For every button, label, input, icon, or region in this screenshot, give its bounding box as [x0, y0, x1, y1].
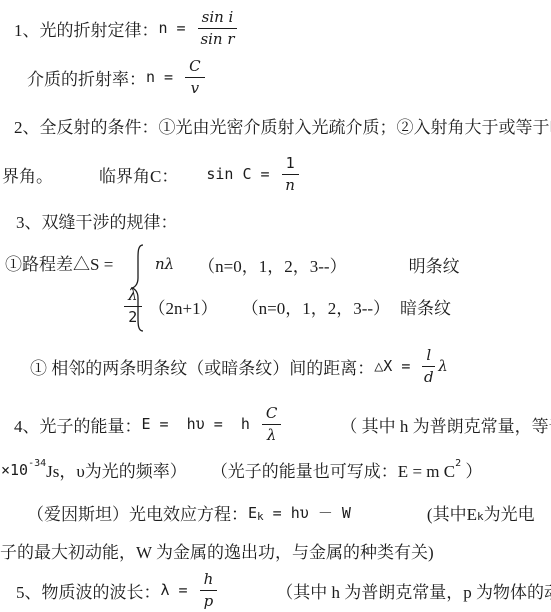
bright-fringe-row: nλ （n=0，1，2，3--） 明条纹: [155, 252, 460, 276]
refractive-index-text: 介质的折射率：: [27, 65, 146, 90]
photoelectric-eq: = hυ － W: [264, 502, 351, 523]
fraction-denominator: λ: [267, 425, 277, 444]
refractive-index-eq: n =: [146, 68, 182, 86]
mass-energy-note: （光子的能量也可写成：E = m C: [211, 457, 455, 482]
path-difference-text: ①路程差△S =: [5, 250, 113, 275]
matter-wave-text: 5、物质波的波长：: [16, 578, 161, 603]
critical-angle-text-b: 临界角C：: [99, 162, 178, 187]
critical-angle-line: 界角。 临界角C： sin C = 1n: [2, 152, 302, 196]
fraction-numerator: h: [200, 571, 218, 591]
fraction-denominator: sin r: [200, 29, 234, 48]
dark-fringe-cond: （n=0，1，2，3--）: [242, 294, 390, 319]
fraction-denominator: d: [424, 367, 434, 386]
interference-title: 3、双缝干涉的规律：: [16, 208, 178, 233]
fraction-denominator: n: [285, 175, 295, 194]
photon-energy-eq: E = hυ = h: [142, 415, 259, 433]
refraction-law-text: 1、光的折射定律：: [14, 16, 159, 41]
fraction-c-lambda: Cλ: [262, 405, 281, 443]
matter-wave-line: 5、物质波的波长：λ = hp （其中 h 为普朗克常量，p 为物体的动量）: [16, 568, 551, 612]
squared-exponent: 2: [455, 458, 461, 469]
fraction-l-d: ld: [422, 347, 435, 385]
fringe-spacing-eq: △X =: [374, 357, 419, 375]
photoelectric-text: （爱因斯坦）光电效应方程：: [27, 500, 248, 525]
fringe-spacing-text: ① 相邻的两条明条纹（或暗条纹）间的距离：: [30, 354, 374, 379]
dark-fringe-label: 暗条纹: [400, 294, 451, 319]
ek-note-subscript: k: [477, 510, 484, 523]
frequency-note: Js，υ为光的频率）: [46, 457, 187, 482]
fraction-numerator: C: [262, 405, 281, 425]
fraction-denominator: v: [191, 78, 199, 97]
exponent: -34: [28, 458, 46, 469]
ek-note-post: 为光电: [484, 500, 535, 525]
refraction-law-line: 1、光的折射定律：n = sin isin r: [14, 6, 240, 50]
fraction-numerator: C: [185, 58, 204, 78]
fraction-sini-sinr: sin isin r: [198, 9, 238, 47]
planck-value-line: ×10-34Js，υ为光的频率） （光子的能量也可写成：E = m C2 ）: [1, 457, 482, 482]
fraction-c-v: Cv: [185, 58, 204, 96]
physics-formula-sheet: 1、光的折射定律：n = sin isin r 介质的折射率：n = Cv 2、…: [0, 0, 551, 612]
total-reflection-line: 2、全反射的条件：①光由光密介质射入光疏介质；②入射角大于或等于临: [14, 113, 551, 138]
fraction-1-n: 1n: [282, 155, 299, 193]
fraction-numerator: l: [422, 347, 435, 367]
ek-symbol: E: [248, 504, 257, 522]
fringe-spacing-line: ① 相邻的两条明条纹（或暗条纹）间的距离：△X = ldλ: [30, 344, 448, 388]
fraction-h-p: hp: [200, 571, 218, 609]
refraction-law-eq: n =: [159, 19, 195, 37]
fraction-denominator: 2: [128, 307, 137, 326]
total-reflection-text: 2、全反射的条件：①光由光密介质射入光疏介质；②入射角大于或等于临: [14, 113, 551, 138]
work-function-line: 子的最大初动能，W 为金属的逸出功，与金属的种类有关): [0, 538, 434, 563]
fraction-numerator: λ: [124, 287, 142, 307]
photon-energy-line: 4、光子的能量：E = hυ = h Cλ （ 其中 h 为普朗克常量，等于 6…: [14, 402, 551, 446]
fraction-numerator: 1: [282, 155, 299, 175]
bright-fringe-expr: nλ: [155, 255, 174, 273]
ek-subscript: k: [257, 510, 264, 523]
dark-fringe-row: λ2 （2n+1） （n=0，1，2，3--） 暗条纹: [121, 285, 451, 327]
mass-energy-close: ）: [461, 457, 482, 482]
dark-fringe-expr: （2n+1）: [149, 294, 218, 319]
path-difference-lhs: ①路程差△S =: [5, 250, 113, 275]
critical-angle-text-a: 界角。: [2, 162, 53, 187]
planck-note: （ 其中 h 为普朗克常量，等于 6.63: [340, 412, 551, 437]
matter-wave-eq: λ =: [161, 581, 197, 599]
power-of-ten: ×10: [1, 461, 28, 479]
fraction-lambda-2: λ2: [124, 287, 142, 325]
refractive-index-line: 介质的折射率：n = Cv: [27, 55, 208, 99]
fraction-numerator: sin i: [198, 9, 238, 29]
bright-fringe-cond: （n=0，1，2，3--）: [198, 252, 346, 277]
matter-wave-note: （其中 h 为普朗克常量，p 为物体的动量）: [276, 578, 551, 603]
interference-title-text: 3、双缝干涉的规律：: [16, 208, 178, 233]
fringe-spacing-lambda: λ: [438, 357, 448, 375]
photoelectric-line: （爱因斯坦）光电效应方程：Ek = hυ － W (其中Ek为光电: [27, 500, 535, 525]
fraction-denominator: p: [204, 591, 214, 610]
photon-energy-text: 4、光子的能量：: [14, 412, 142, 437]
ek-note-pre: (其中E: [427, 500, 477, 525]
bright-fringe-label: 明条纹: [409, 252, 460, 277]
critical-angle-eq: sin C =: [206, 165, 278, 183]
work-function-text: 子的最大初动能，W 为金属的逸出功，与金属的种类有关): [0, 538, 434, 563]
